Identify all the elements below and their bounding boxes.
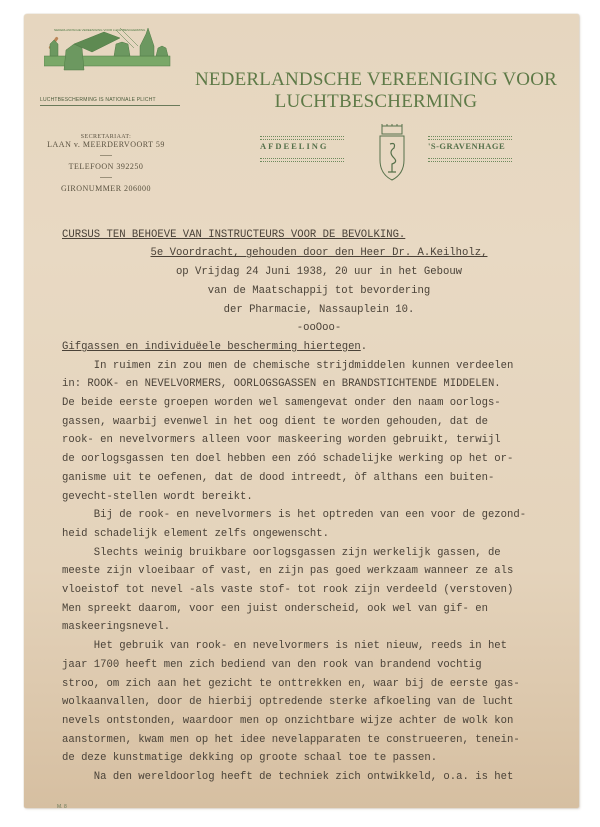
the-hague-stork-crest-icon [376,124,408,184]
paragraph: In ruimen zin zou men de chemische strij… [62,360,513,503]
dotted-rule [260,136,344,140]
paragraph: Slechts weinig bruikbare oorlogsgassen z… [62,547,513,634]
contact-block: SECRETARIAAT: LAAN v. MEERDERVOORT 59 TE… [46,134,166,193]
separator: -ooOoo- [62,319,554,338]
department-banner: AFDEELING 'S-GRAVENHAGE [260,122,540,182]
lecture-line-1: 5e Voordracht, gehouden door den Heer Dr… [151,247,488,259]
air-defense-logo-icon: NEDERLANDSCHE VEREENIGING VOOR LUCHTBESC… [44,26,172,71]
dotted-rule [260,158,344,162]
department-label: AFDEELING [260,141,329,151]
form-number: M. 8 [57,804,67,810]
divider [100,155,112,156]
address: LAAN v. MEERDERVOORT 59 [46,140,166,149]
organization-name-line1: NEDERLANDSCHE VEREENIGING VOOR [166,69,586,91]
logo-tagline: LUCHTBESCHERMING IS NATIONALE PLICHT [40,97,180,106]
divider [100,177,112,178]
organization-name: NEDERLANDSCHE VEREENIGING VOOR LUCHTBESC… [166,69,586,113]
giro-number: GIRONUMMER 206000 [46,184,166,193]
paragraph: Na den wereldoorlog heeft de techniek zi… [62,771,513,783]
lecture-line-2: op Vrijdag 24 Juni 1938, 20 uur in het G… [62,263,554,282]
organization-name-line2: LUCHTBESCHERMING [166,91,586,113]
course-title: CURSUS TEN BEHOEVE VAN INSTRUCTEURS VOOR… [62,229,405,241]
dotted-rule [428,136,512,140]
svg-text:NEDERLANDSCHE VEREENIGING VOOR: NEDERLANDSCHE VEREENIGING VOOR LUCHTBESC… [54,28,146,32]
phone-number: TELEFOON 392250 [46,162,166,171]
department-city: 'S-GRAVENHAGE [428,141,505,151]
lecture-line-4: der Pharmacie, Nassauplein 10. [62,301,554,320]
paragraph: Het gebruik van rook- en nevelvormers is… [62,640,520,764]
paragraph: Bij de rook- en nevelvormers is het optr… [62,509,526,540]
dotted-rule [428,158,512,162]
lecture-line-3: van de Maatschappij tot bevordering [62,282,554,301]
subject-heading: Gifgassen en individuëele bescherming hi… [62,341,361,353]
typed-letter-body: CURSUS TEN BEHOEVE VAN INSTRUCTEURS VOOR… [62,207,562,787]
